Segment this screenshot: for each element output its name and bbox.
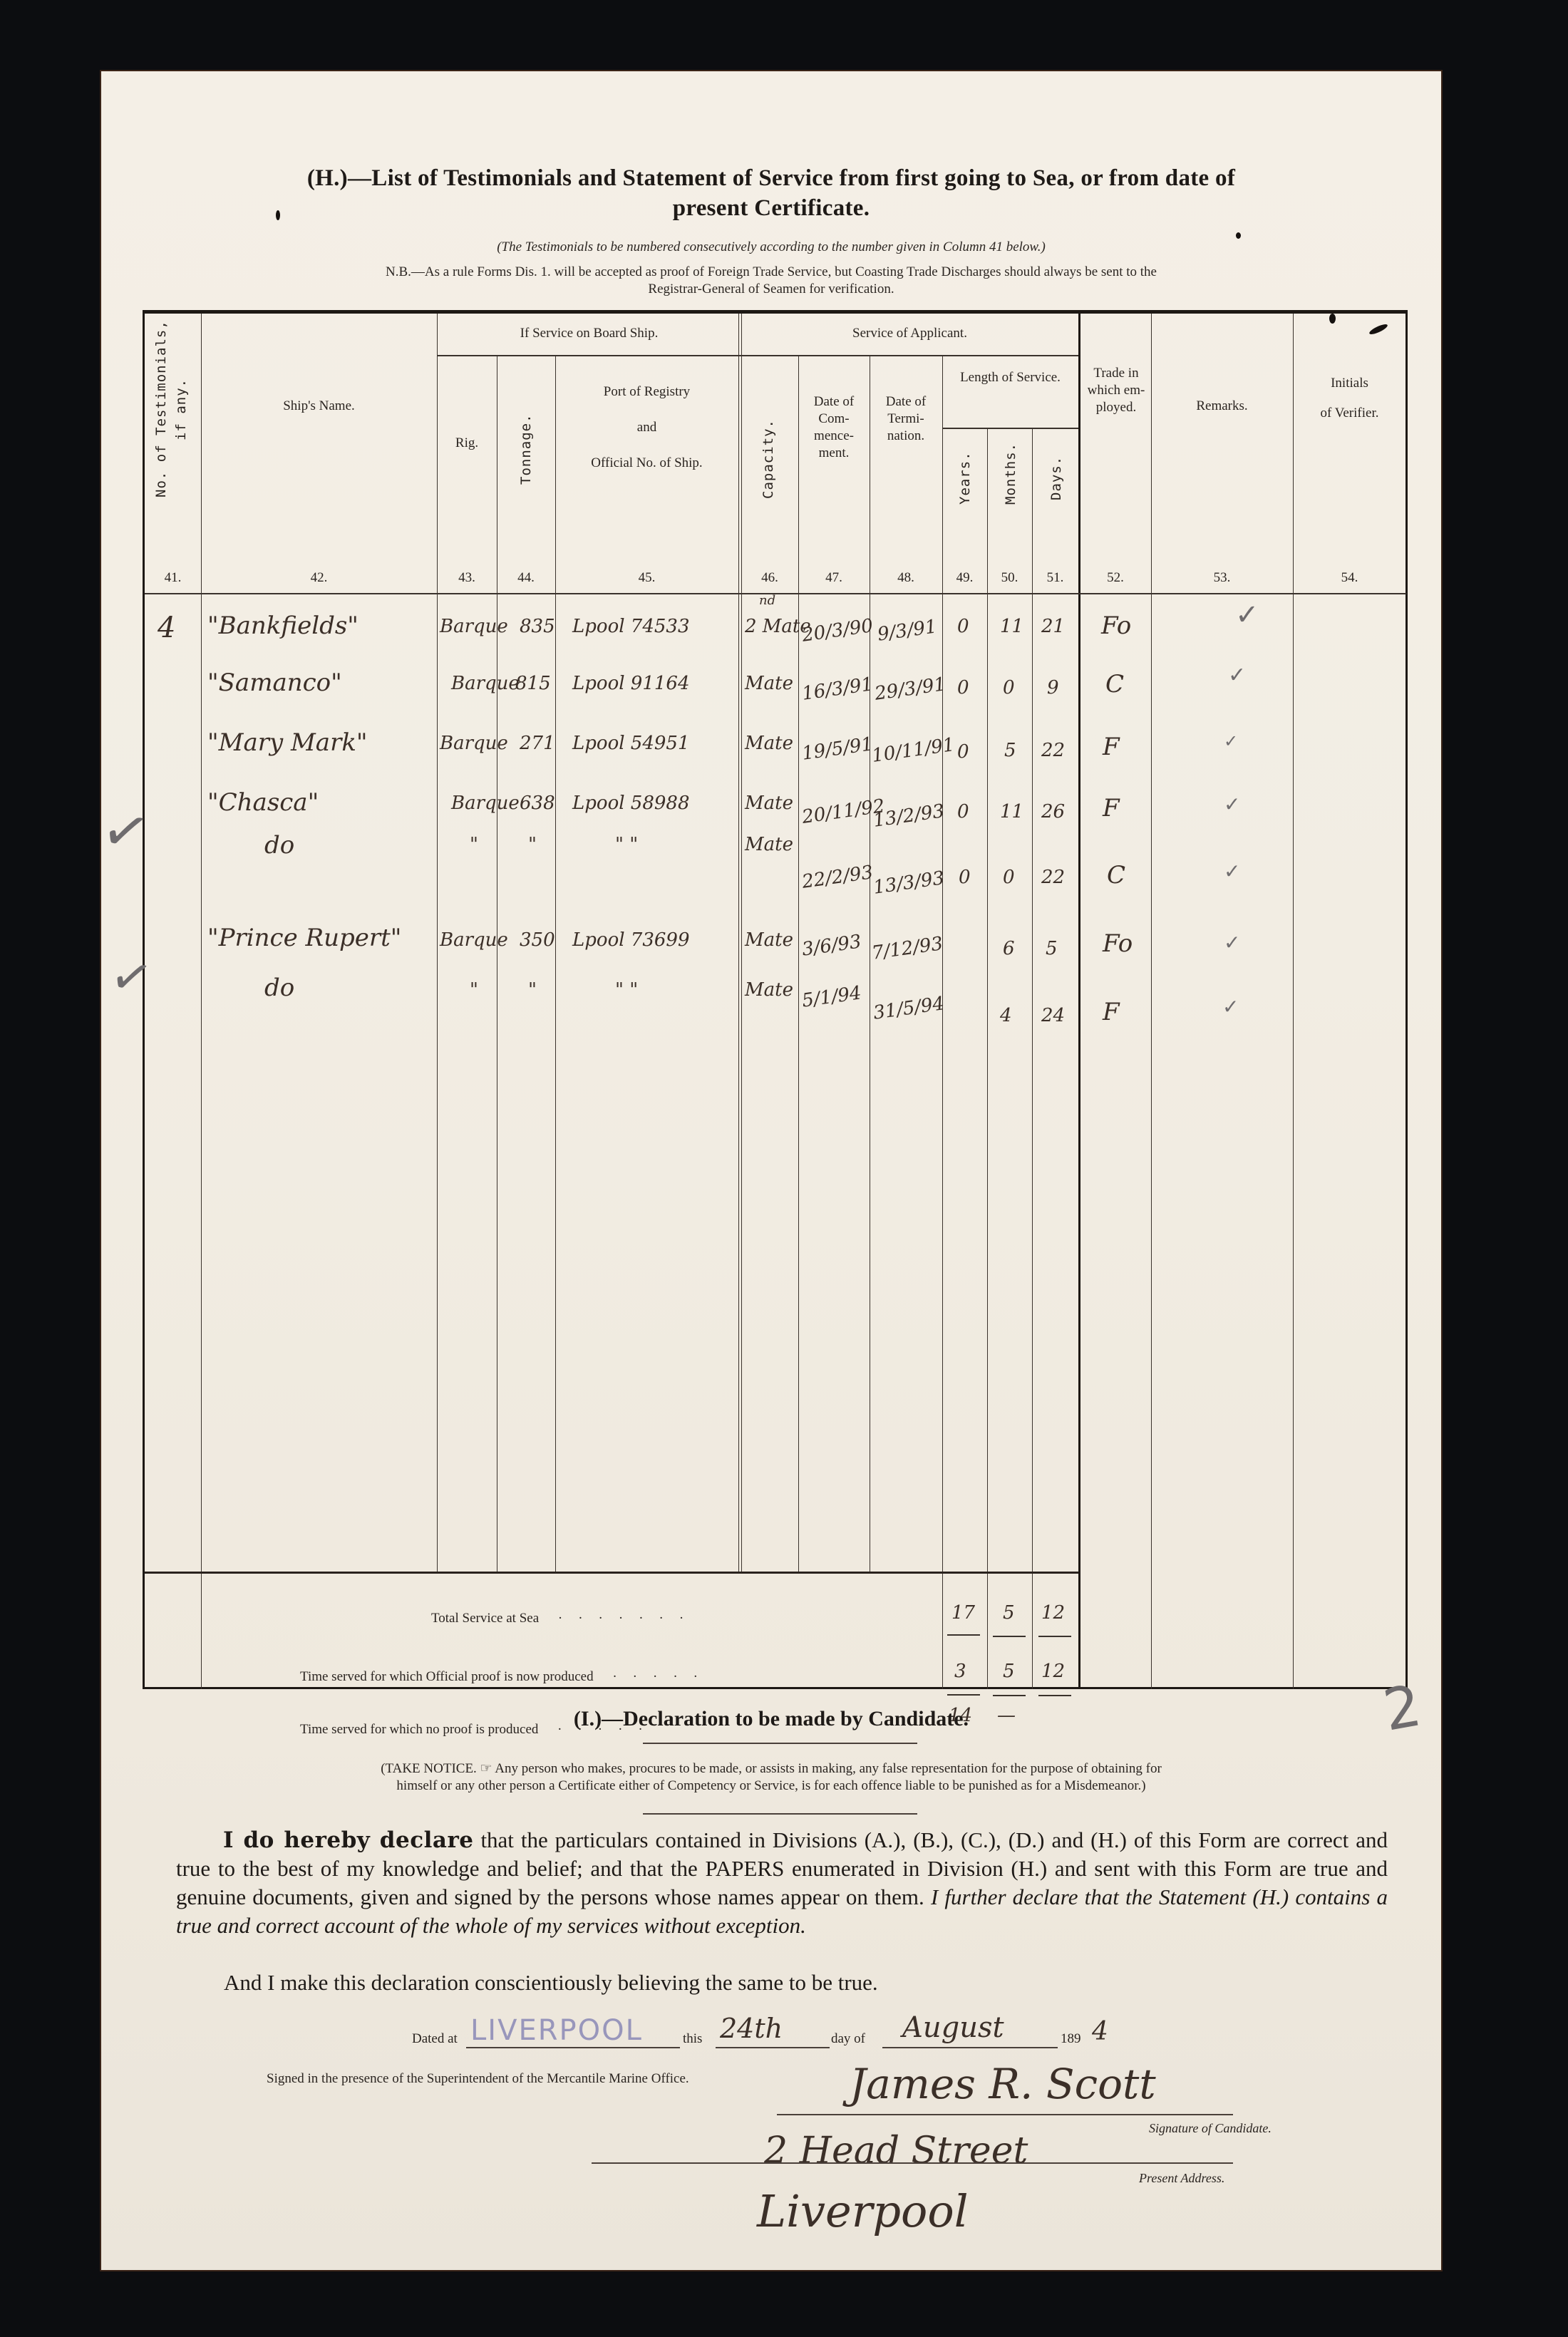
- divider: [643, 1813, 917, 1815]
- cell-end: 9/3/91: [876, 616, 938, 645]
- official-proof-years: 3: [954, 1661, 966, 1682]
- cell-port: Lpool 91164: [572, 673, 690, 694]
- header-col42: Ship's Name.: [201, 398, 437, 415]
- cell-tonnage: 350: [520, 929, 555, 951]
- nb-line1: N.B.—As a rule Forms Dis. 1. will be acc…: [130, 264, 1413, 281]
- cell-trade: F: [1103, 733, 1120, 761]
- cell-days: 9: [1047, 677, 1059, 698]
- header-length: Length of Service.: [942, 369, 1078, 386]
- cell-trade: Fo: [1103, 929, 1133, 958]
- cell-start: 22/2/93: [800, 862, 874, 893]
- cell-capacity: Mate: [745, 673, 793, 694]
- header-col50: Months.: [1003, 443, 1018, 505]
- colnum-47: 47.: [798, 570, 870, 586]
- colnum-48: 48.: [870, 570, 942, 586]
- cell-remarks-tick: ✓: [1224, 860, 1240, 883]
- header-col41-line2: if any.: [173, 378, 189, 440]
- cell-months: 4: [1000, 1005, 1012, 1026]
- cell-ship: do: [264, 974, 294, 1002]
- cell-capacity: Mate: [745, 793, 793, 814]
- margin-tick-icon: ✓: [96, 794, 156, 869]
- cell-days: 24: [1041, 1005, 1065, 1026]
- year-prefix: 189: [1061, 2031, 1081, 2047]
- cell-end: 31/5/94: [872, 993, 945, 1024]
- header-col45-line3: Official No. of Ship.: [555, 455, 738, 472]
- header-col51: Days.: [1048, 456, 1064, 500]
- header-col52: Trade in which em-ployed.: [1083, 365, 1150, 416]
- total-service-label: Total Service at Sea ·······: [431, 1611, 699, 1626]
- address-line: [592, 2162, 1233, 2164]
- cell-capacity: Mate: [745, 979, 793, 1001]
- cell-tonnage: 835: [520, 616, 555, 637]
- month-field: [882, 2047, 1058, 2048]
- cell-capacity: Mate: [745, 929, 793, 951]
- section-h-title-line1: (H.)—List of Testimonials and Statement …: [144, 164, 1398, 192]
- cell-ship: do: [264, 831, 294, 860]
- cell-end: 13/3/93: [872, 867, 945, 899]
- header-col41-line1: No. of Testimonials,: [153, 320, 169, 497]
- cell-days: 22: [1041, 867, 1065, 888]
- cell-months: 5: [1004, 740, 1016, 761]
- margin-tick-icon: ✓: [105, 944, 158, 1010]
- cell-rig: Barque: [440, 929, 508, 951]
- cell-port: Lpool 58988: [572, 793, 690, 814]
- signature-caption: Signature of Candidate.: [1149, 2121, 1272, 2136]
- cell-rig: ": [470, 834, 478, 855]
- cell-remarks-tick: ✓: [1222, 995, 1239, 1018]
- cell-remarks-tick: ✓: [1224, 793, 1240, 816]
- cell-remarks-tick: ✓: [1224, 931, 1240, 954]
- address-line1: 2 Head Street: [764, 2130, 1028, 2172]
- cell-months: 11: [1000, 616, 1023, 637]
- cell-capacity: Mate: [745, 834, 793, 855]
- colnum-52: 52.: [1080, 570, 1151, 586]
- official-proof-label: Time served for which Official proof is …: [300, 1669, 713, 1685]
- ink-spot: [276, 210, 280, 220]
- cell-days: 21: [1041, 616, 1065, 637]
- cell-start: 3/6/93: [800, 931, 862, 960]
- candidate-signature: James R. Scott: [850, 2060, 1156, 2108]
- cell-remarks-tick: ✓: [1228, 663, 1246, 688]
- cell-trade: F: [1103, 998, 1120, 1026]
- cell-remarks-tick: ✓: [1224, 731, 1238, 751]
- section-h-title-line2: present Certificate.: [144, 194, 1398, 222]
- cell-trade: F: [1103, 794, 1120, 822]
- header-col43: Rig.: [437, 435, 497, 452]
- signature-line: [777, 2114, 1233, 2115]
- day-of-label: day of: [831, 2031, 865, 2047]
- cell-start: 20/3/90: [800, 615, 874, 646]
- cell-trade: C: [1105, 670, 1124, 698]
- ink-spot: [1236, 232, 1241, 239]
- cell-port: Lpool 54951: [572, 733, 690, 754]
- header-col54-line2: of Verifier.: [1293, 405, 1406, 422]
- cell-years: 0: [957, 801, 969, 822]
- colnum-44: 44.: [497, 570, 555, 586]
- cell-port: Lpool 74533: [572, 616, 690, 637]
- colnum-43: 43.: [437, 570, 497, 586]
- cell-start: 19/5/91: [800, 733, 874, 765]
- cell-days: 22: [1041, 740, 1065, 761]
- address-caption: Present Address.: [1139, 2171, 1224, 2186]
- cell-months: 11: [1000, 801, 1023, 822]
- dated-at-field: [466, 2047, 680, 2048]
- month-value: August: [902, 2011, 1004, 2044]
- declaration-lead: I do hereby declare: [223, 1827, 474, 1853]
- header-col47: Date of Com-mence-ment.: [800, 393, 867, 462]
- cell-months: 0: [1003, 677, 1015, 698]
- cell-rig: Barque: [440, 733, 508, 754]
- cell-ship: "Chasca": [207, 788, 319, 817]
- cell-months: 0: [1003, 867, 1015, 888]
- conscientious-line: And I make this declaration conscientiou…: [224, 1969, 878, 1997]
- service-table: No. of Testimonials, if any. Ship's Name…: [143, 310, 1408, 1689]
- cell-years: 0: [959, 867, 971, 888]
- cell-years: 0: [957, 741, 969, 763]
- header-col49: Years.: [957, 451, 973, 505]
- take-notice-line1: (TAKE NOTICE. ☞ Any person who makes, pr…: [130, 1760, 1413, 1778]
- day-value: 24th: [720, 2013, 783, 2044]
- cell-testimonial: 4: [158, 612, 175, 644]
- cell-ship: "Prince Rupert": [207, 924, 401, 952]
- cell-trade: C: [1107, 861, 1125, 889]
- colnum-50: 50.: [987, 570, 1032, 586]
- official-proof-months: 5: [1003, 1661, 1015, 1682]
- cell-tonnage: 638: [520, 793, 555, 814]
- cell-rig: Barque: [451, 793, 520, 814]
- year-suffix: 4: [1092, 2017, 1108, 2046]
- declaration-paragraph: I do hereby declare that the particulars…: [176, 1826, 1388, 1940]
- take-notice-line2: himself or any other person a Certificat…: [130, 1778, 1413, 1795]
- colnum-46: 46.: [741, 570, 798, 586]
- header-col45-line1: Port of Registry: [555, 383, 738, 401]
- divider: [643, 1743, 917, 1744]
- header-board-ship: If Service on Board Ship.: [437, 325, 741, 342]
- cell-rig: Barque: [451, 673, 520, 694]
- place-stamp: LIVERPOOL: [470, 2014, 643, 2047]
- cell-ship: "Bankfields": [207, 612, 359, 640]
- header-col46: Capacity.: [760, 419, 776, 499]
- cell-port: " ": [615, 834, 638, 855]
- cell-remarks-tick: ✓: [1235, 599, 1259, 631]
- address-line2: Liverpool: [757, 2185, 969, 2237]
- nb-line2: Registrar-General of Seamen for verifica…: [130, 281, 1413, 298]
- signed-presence-label: Signed in the presence of the Superinten…: [267, 2071, 689, 2087]
- cell-port: " ": [615, 979, 638, 1001]
- cell-rig: ": [470, 979, 478, 1001]
- cell-ship: "Mary Mark": [207, 728, 368, 757]
- colnum-49: 49.: [942, 570, 987, 586]
- cell-months: 6: [1003, 938, 1015, 959]
- cell-years: 0: [957, 616, 969, 637]
- official-proof-days: 12: [1041, 1661, 1065, 1682]
- cell-tonnage: 815: [515, 673, 551, 694]
- header-col54-line1: Initials: [1293, 375, 1406, 392]
- cell-years: 0: [957, 677, 969, 698]
- document-page: (H.)—List of Testimonials and Statement …: [101, 71, 1441, 2270]
- section-h-note: (The Testimonials to be numbered consecu…: [144, 239, 1398, 255]
- cell-start: 5/1/94: [800, 982, 862, 1011]
- total-service-months: 5: [1003, 1602, 1015, 1624]
- header-col45-line2: and: [555, 419, 738, 436]
- header-col48: Date of Termi-nation.: [872, 393, 940, 445]
- cell-rig: Barque: [440, 616, 508, 637]
- header-applicant: Service of Applicant.: [741, 325, 1078, 342]
- colnum-51: 51.: [1032, 570, 1078, 586]
- colnum-53: 53.: [1151, 570, 1293, 586]
- cell-end: 7/12/93: [870, 933, 944, 964]
- colnum-41: 41.: [145, 570, 201, 586]
- cell-days: 26: [1041, 801, 1065, 822]
- colnum-42: 42.: [201, 570, 437, 586]
- cell-tonnage: 271: [520, 733, 555, 754]
- cell-start: 16/3/91: [800, 674, 874, 705]
- cell-days: 5: [1046, 938, 1058, 959]
- header-col44: Tonnage.: [518, 413, 534, 485]
- cell-tonnage: ": [528, 834, 537, 855]
- total-service-days: 12: [1041, 1602, 1065, 1624]
- cell-end: 29/3/91: [873, 674, 947, 705]
- day-field: [716, 2047, 830, 2048]
- cell-port: Lpool 73699: [572, 929, 690, 951]
- this-label: this: [683, 2031, 702, 2047]
- total-service-years: 17: [951, 1602, 975, 1624]
- cell-capacity-note: nd: [759, 593, 775, 608]
- cell-trade: Fo: [1101, 612, 1131, 640]
- cell-ship: "Samanco": [207, 669, 342, 697]
- cell-end: 10/11/91: [870, 734, 956, 767]
- colnum-45: 45.: [555, 570, 738, 586]
- section-i-title: (I.)—Declaration to be made by Candidate…: [144, 1707, 1398, 1731]
- dated-at-label: Dated at: [412, 2031, 458, 2047]
- cell-capacity: Mate: [745, 733, 793, 754]
- header-col53: Remarks.: [1151, 398, 1293, 415]
- cell-tonnage: ": [528, 979, 537, 1001]
- colnum-54: 54.: [1293, 570, 1406, 586]
